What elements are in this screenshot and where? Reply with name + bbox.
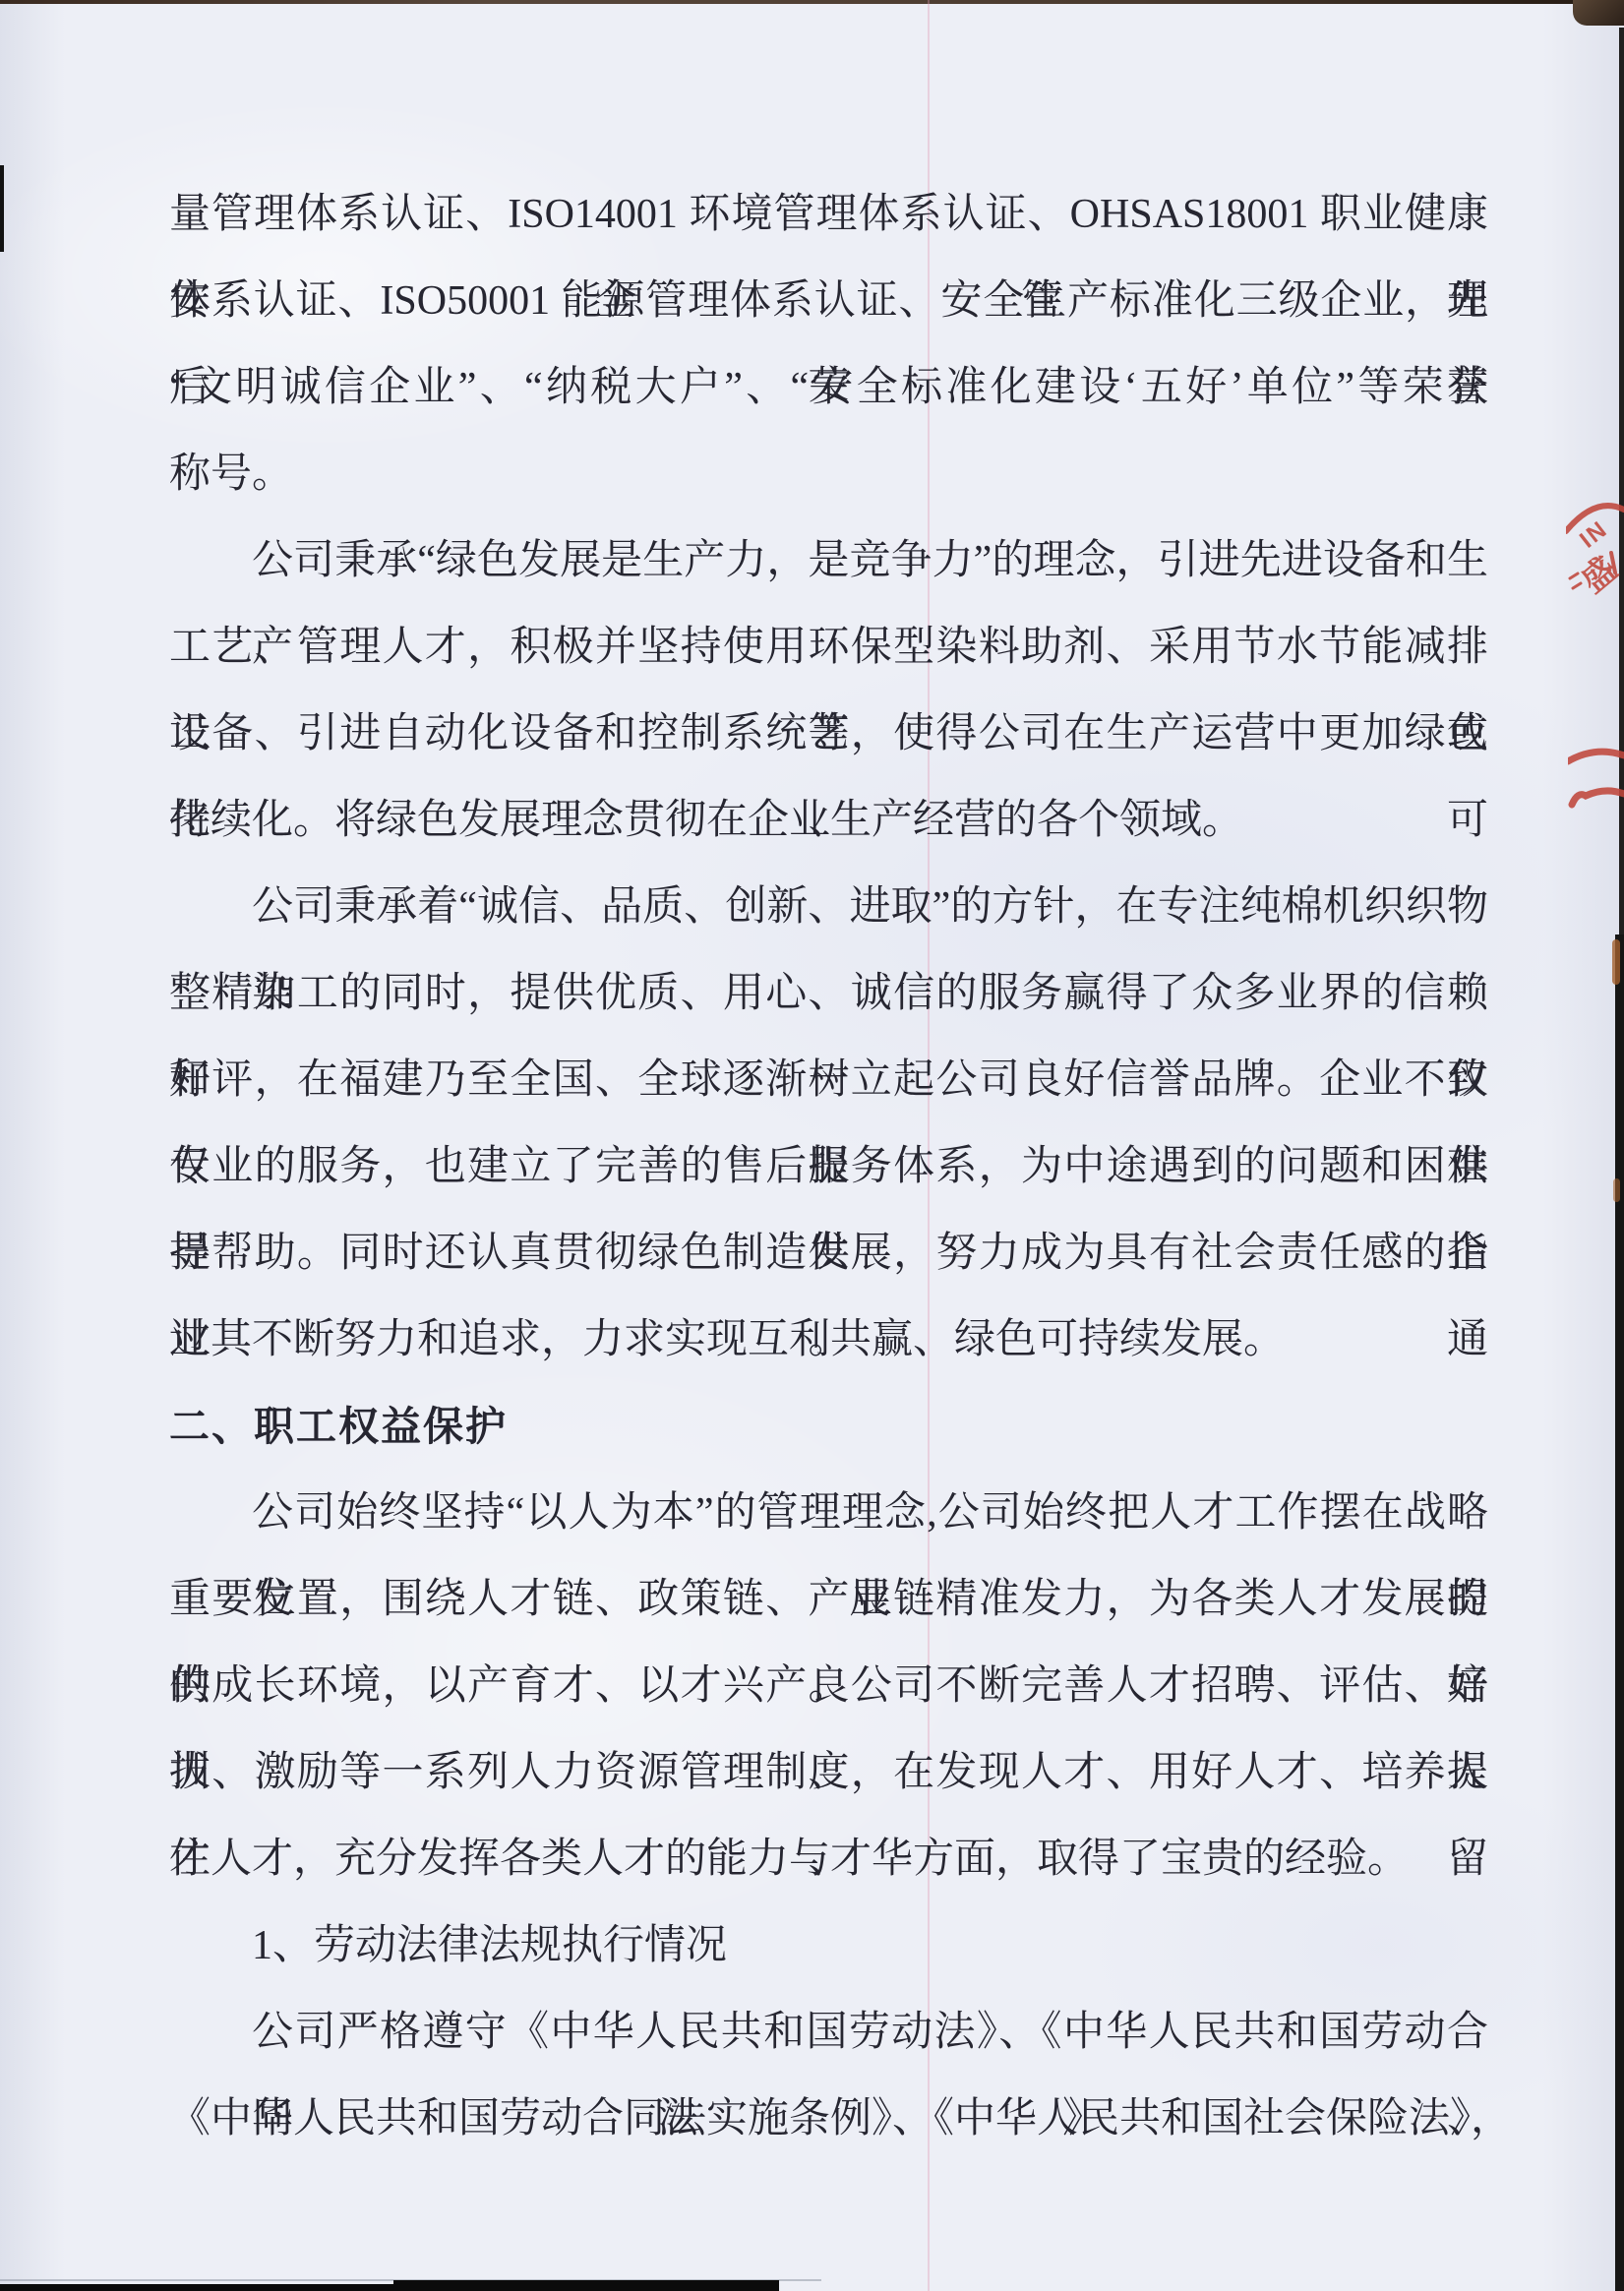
text-line: 公司秉承“绿色发展是生产力，是竞争力”的理念，引进先进设备和生产	[169, 517, 1488, 604]
text-line: 的成长环境，以产育才、以才兴产。公司不断完善人才招聘、评估、培训、提	[169, 1643, 1488, 1729]
stamp-character: 盛	[1575, 550, 1624, 600]
scan-bottom-bar	[0, 2284, 393, 2291]
text-line: 重要位置，围绕人才链、政策链、产业链精准发力，为各类人才发展提供良好	[169, 1556, 1488, 1643]
text-line: 专业的服务，也建立了完善的售后服务体系，为中途遇到的问题和困难提供指	[169, 1123, 1488, 1210]
text-line: 体系认证、ISO50001 能源管理体系认证、安全生产标准化三级企业，先后荣获	[169, 258, 1488, 344]
text-line: “文明诚信企业”、“纳税大户”、“安全标准化建设‘五好’单位”等荣誉	[169, 344, 1488, 431]
text-line: 拔、激励等一系列人力资源管理制度，在发现人才、用好人才、培养人才、留	[169, 1729, 1488, 1816]
scan-smudge	[1612, 939, 1620, 985]
text-line: 公司秉承着“诚信、品质、创新、进取”的方针，在专注纯棉机织织物染	[169, 864, 1488, 950]
text-line: 《中华人民共和国劳动合同法实施条例》、《中华人民共和国社会保险法》，	[169, 2076, 1488, 2162]
text-line: 公司始终坚持“以人为本”的管理理念,公司始终把人才工作摆在战略发展的	[169, 1470, 1488, 1556]
text-line: 设备、引进自动化设备和控制系统等，使得公司在生产运营中更加绿色化、可	[169, 691, 1488, 777]
text-line: 住人才，充分发挥各类人才的能力与才华方面，取得了宝贵的经验。	[169, 1816, 1488, 1902]
text-line: 量管理体系认证、ISO14001 环境管理体系认证、OHSAS18001 职业健…	[169, 171, 1488, 258]
scanned-document-page: IN 盛 量管理体系认证、ISO14001 环境管理体系认证、OHSAS1800…	[0, 0, 1624, 2291]
document-text: 量管理体系认证、ISO14001 环境管理体系认证、OHSAS18001 职业健…	[169, 171, 1488, 2162]
stamp-letters: IN	[1575, 515, 1613, 554]
scan-right-edge-lower	[1615, 934, 1624, 2291]
text-line: 称号。	[169, 431, 1488, 517]
text-line: 1、劳动法律法规执行情况	[169, 1902, 1488, 1989]
scan-bottom-bar	[393, 2280, 779, 2291]
scan-top-edge	[0, 0, 1624, 4]
text-line: 好评，在福建乃至全国、全球逐渐树立起公司良好信誉品牌。企业不仅仅提供	[169, 1037, 1488, 1123]
red-stamp-fragment-lower	[1568, 744, 1624, 818]
scan-top-right-corner	[1573, 0, 1624, 26]
text-line: 工艺、管理人才，积极并坚持使用环保型染料助剂、采用节水节能减排工艺或	[169, 604, 1488, 691]
scan-left-edge-mark	[0, 165, 4, 252]
scan-smudge	[1613, 1178, 1620, 1202]
section-heading: 二、职工权益保护	[169, 1383, 1488, 1470]
text-line: 整精加工的同时，提供优质、用心、诚信的服务赢得了众多业界的信赖和一致	[169, 950, 1488, 1037]
red-stamp-fragment-upper: IN 盛	[1566, 484, 1624, 617]
text-line: 公司严格遵守《中华人民共和国劳动法》、《中华人民共和国劳动合同法》、	[169, 1989, 1488, 2076]
text-line: 导帮助。同时还认真贯彻绿色制造发展，努力成为具有社会责任感的企业。通	[169, 1210, 1488, 1296]
